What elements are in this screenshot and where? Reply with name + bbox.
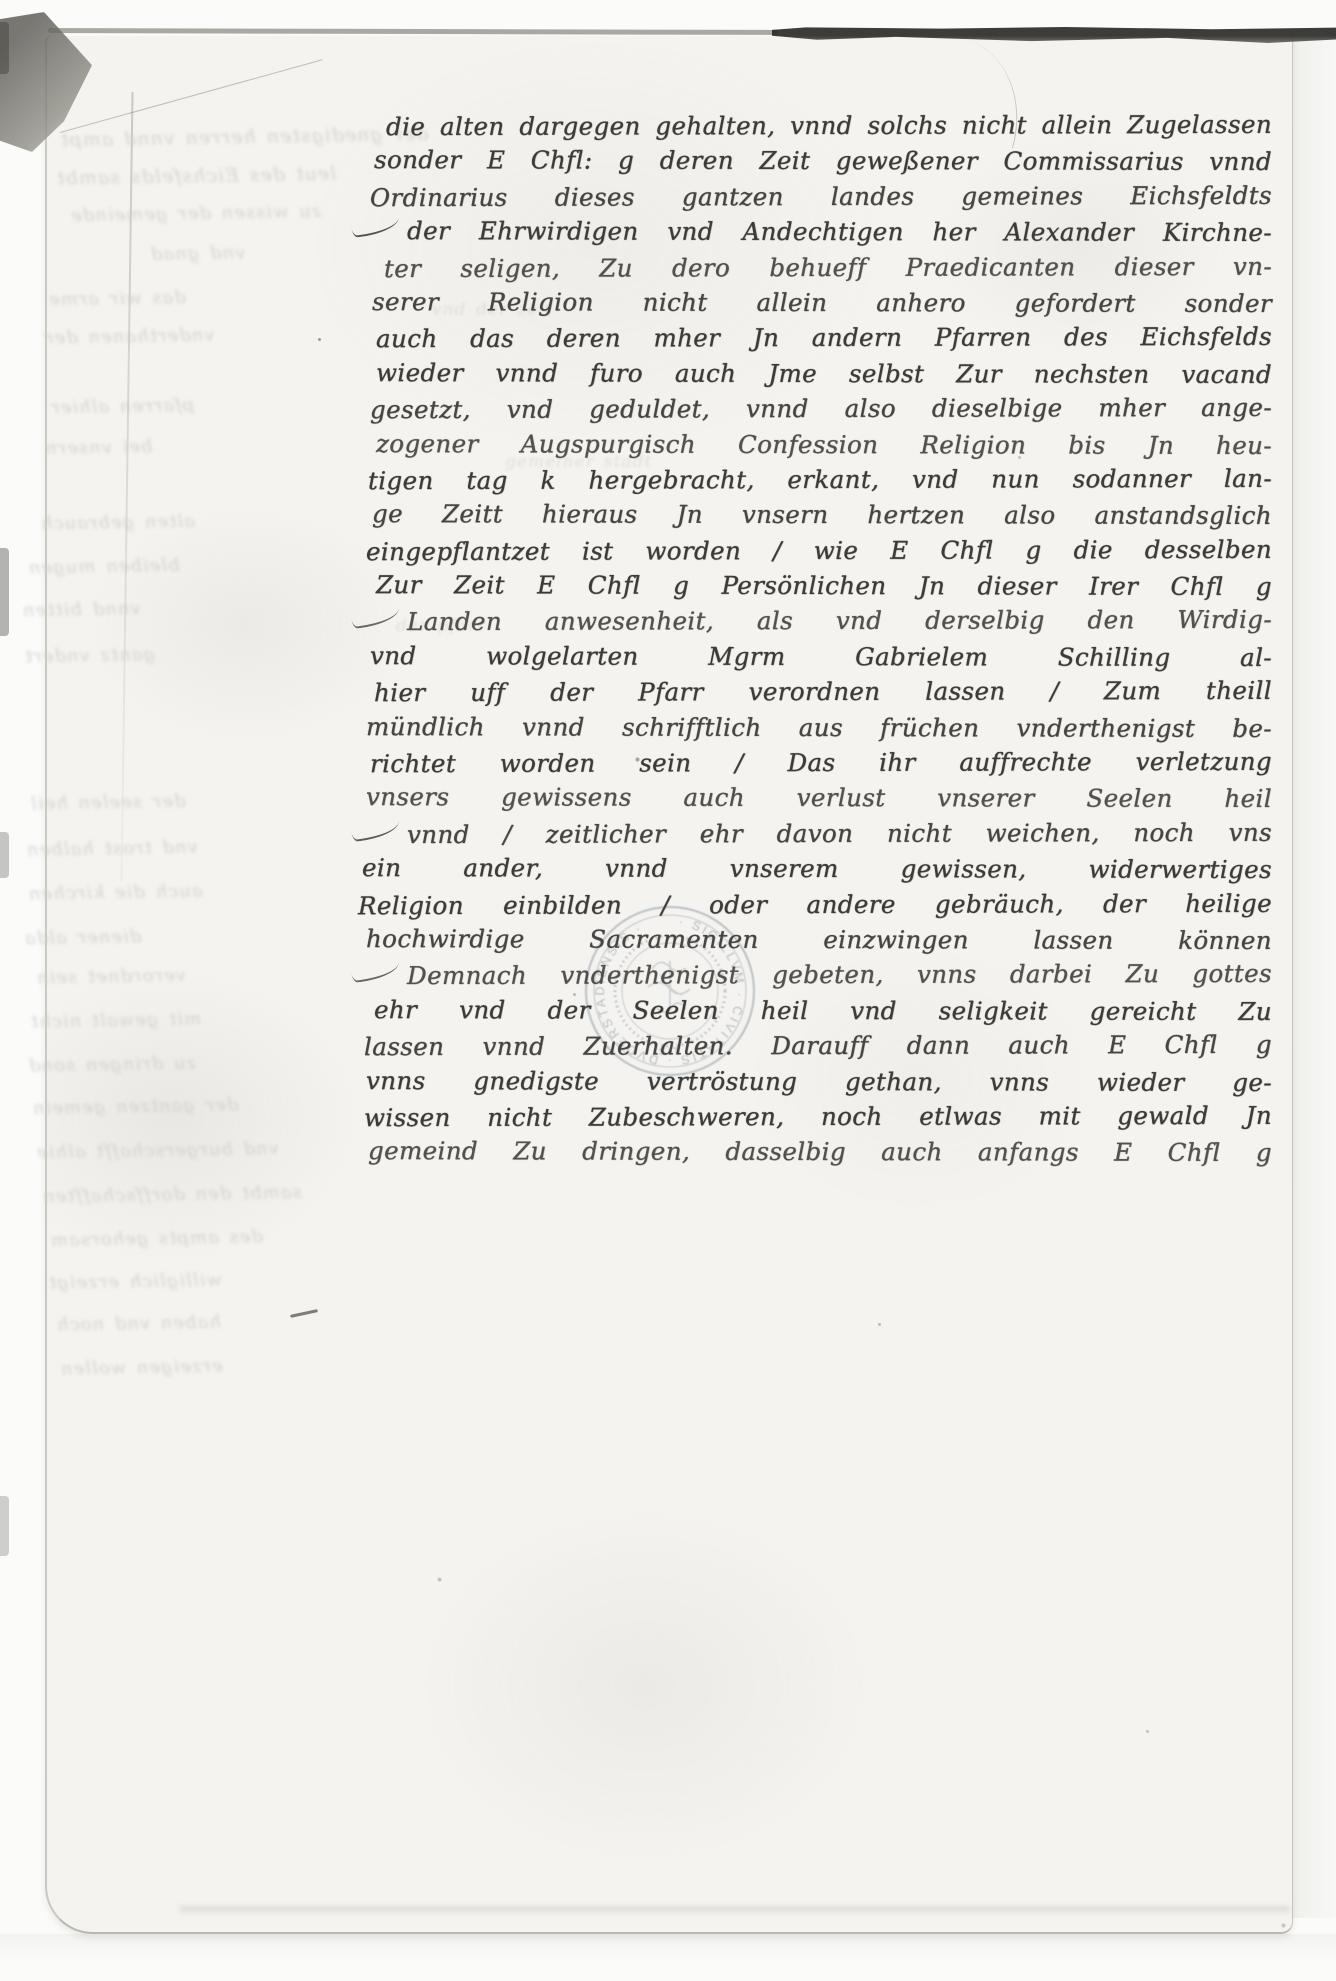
left-edge-mark: [0, 1496, 9, 1556]
handwritten-line-text: Demnach vnderthenigst gebeten, vnns darb…: [407, 959, 1272, 990]
handwritten-line: eingepflantzet ist worden / wie E Chfl g…: [352, 531, 1272, 569]
handwritten-line: Religion einbilden / oder andere gebräuc…: [352, 885, 1272, 923]
handwritten-line: ter seligen, Zu dero behueff Praedicante…: [352, 248, 1272, 286]
left-edge-mark: [0, 832, 9, 878]
handwritten-line-text: gemeind Zu dringen, dasselbig auch anfan…: [368, 1136, 1272, 1167]
handwritten-line: vnns gnedigste vertröstung gethan, vnns …: [352, 1063, 1272, 1100]
page-top-edge-shadow: [48, 28, 778, 35]
handwritten-line: Landen anwesenheit, als vnd derselbig de…: [352, 602, 1272, 640]
showthrough-fragment: auch die kirchen: [28, 880, 203, 904]
handwritten-line-text: serer Religion nicht allein anhero gefor…: [372, 287, 1272, 318]
showthrough-fragment: williglich erzeigt: [48, 1269, 222, 1293]
handwritten-line: vnnd / zeitlicher ehr davon nicht weiche…: [352, 815, 1272, 853]
handwritten-line: serer Religion nicht allein anhero gefor…: [352, 284, 1272, 321]
handwritten-line-text: vnnd / zeitlicher ehr davon nicht weiche…: [407, 818, 1272, 849]
showthrough-fragment: der seelen heil: [30, 791, 186, 815]
handwritten-line: vnsers gewissens auch verlust vnserer Se…: [352, 779, 1272, 816]
pen-flourish-icon: [351, 963, 400, 984]
paper-specks: [318, 338, 321, 341]
handwritten-line-text: gesetzt, vnd geduldet, vnnd also dieselb…: [370, 393, 1272, 424]
manuscript-text-block: die alten dargegen gehalten, vnnd solchs…: [352, 108, 1272, 1170]
handwritten-line-text: der Ehrwirdigen vnd Andechtigen her Alex…: [407, 216, 1272, 247]
handwritten-line: Demnach vnderthenigst gebeten, vnns darb…: [352, 956, 1272, 994]
manuscript-scan: der gnedigsten herren vnnd amptleut des …: [0, 0, 1336, 1981]
left-edge-mark: [0, 22, 9, 74]
showthrough-fragment: diener alda: [24, 926, 142, 949]
handwritten-line-text: tigen tag k hergebracht, erkant, vnd nun…: [368, 464, 1272, 495]
handwritten-line-text: lassen vnnd Zuerhalten. Darauff dann auc…: [364, 1030, 1272, 1061]
bottom-edge-smudge: [180, 1906, 1290, 1916]
showthrough-fragment: das wir arme: [48, 287, 186, 310]
handwritten-line-text: wissen nicht Zubeschweren, noch etlwas m…: [364, 1101, 1272, 1132]
handwritten-line: lassen vnnd Zuerhalten. Darauff dann auc…: [352, 1027, 1272, 1065]
pen-flourish-icon: [351, 609, 400, 630]
pen-flourish-icon: [351, 217, 400, 238]
handwritten-line: Zur Zeit E Chfl g Persönlichen Jn dieser…: [352, 567, 1272, 604]
handwritten-line: ge Zeitt hieraus Jn vnsern hertzen also …: [352, 496, 1272, 533]
handwritten-line-text: auch das deren mher Jn andern Pfarren de…: [376, 322, 1272, 353]
handwritten-line: Ordinarius dieses gantzen landes gemeine…: [352, 178, 1272, 216]
handwritten-line: wieder vnnd furo auch Jme selbst Zur nec…: [352, 355, 1272, 392]
showthrough-fragment: vnd gnad: [150, 242, 246, 265]
undersheet-bottom-edge: [0, 1934, 1336, 1981]
handwritten-line-text: ge Zeitt hieraus Jn vnsern hertzen also …: [372, 499, 1272, 530]
handwritten-line: wissen nicht Zubeschweren, noch etlwas m…: [352, 1098, 1272, 1136]
handwritten-line-text: die alten dargegen gehalten, vnnd solchs…: [386, 110, 1272, 141]
showthrough-fragment: alten gebrauch: [40, 511, 195, 535]
handwritten-line: ehr vnd der Seelen heil vnd seligkeit ge…: [352, 992, 1272, 1029]
showthrough-fragment: haben vnd noch: [56, 1312, 221, 1336]
handwritten-line-text: sonder E Chfl: g deren Zeit geweßener Co…: [374, 145, 1272, 176]
left-edge-mark: [0, 548, 9, 636]
pen-flourish-icon: [351, 821, 400, 842]
showthrough-fragment: zu wissen der gemeinde: [70, 201, 322, 226]
showthrough-fragment: pfarren alhier: [50, 395, 195, 419]
handwritten-line-text: mündlich vnnd schrifftlich aus früchen v…: [366, 712, 1272, 743]
handwritten-line: auch das deren mher Jn andern Pfarren de…: [352, 319, 1272, 357]
handwritten-line-text: wieder vnnd furo auch Jme selbst Zur nec…: [376, 358, 1272, 389]
handwritten-line-text: Ordinarius dieses gantzen landes gemeine…: [370, 181, 1272, 212]
showthrough-fragment: vnd burgerschafft alhie: [36, 1138, 279, 1163]
handwritten-line: tigen tag k hergebracht, erkant, vnd nun…: [352, 461, 1272, 499]
handwritten-line: gemeind Zu dringen, dasselbig auch anfan…: [352, 1133, 1272, 1170]
handwritten-line-text: ter seligen, Zu dero behueff Praedicante…: [384, 251, 1272, 282]
handwritten-line: ein ander, vnnd vnserem gewissen, widerw…: [352, 850, 1272, 887]
handwritten-line-text: ehr vnd der Seelen heil vnd seligkeit ge…: [374, 995, 1272, 1026]
handwritten-line-text: vnns gnedigste vertröstung gethan, vnns …: [366, 1066, 1272, 1097]
handwritten-line-text: vnsers gewissens auch verlust vnserer Se…: [366, 782, 1272, 813]
showthrough-fragment: vnderthanen der: [44, 325, 215, 349]
handwritten-line: vnd wolgelarten Mgrm Gabrielem Schilling…: [352, 638, 1272, 675]
handwritten-line-text: vnd wolgelarten Mgrm Gabrielem Schilling…: [370, 641, 1272, 672]
handwritten-line: gesetzt, vnd geduldet, vnnd also dieselb…: [352, 390, 1272, 428]
showthrough-fragment: verordnet sein: [36, 965, 186, 989]
handwritten-line-text: zogener Augspurgisch Confession Religion…: [376, 429, 1272, 460]
showthrough-fragment: mit gewalt nicht: [30, 1009, 201, 1033]
showthrough-fragment: gantz vndert: [24, 644, 155, 667]
handwritten-line-text: hochwirdige Sacramenten einzwingen lasse…: [366, 924, 1272, 955]
handwritten-line-text: Zur Zeit E Chfl g Persönlichen Jn dieser…: [376, 570, 1272, 601]
showthrough-fragment: bei vnsern: [44, 436, 153, 459]
handwritten-line: hier uff der Pfarr verordnen lassen / Zu…: [352, 673, 1272, 711]
showthrough-fragment: des ampts gehorsam: [50, 1226, 263, 1251]
handwritten-line-text: hier uff der Pfarr verordnen lassen / Zu…: [374, 676, 1272, 707]
handwritten-line-text: Landen anwesenheit, als vnd derselbig de…: [407, 605, 1272, 636]
handwritten-line-text: richtet worden sein / Das ihr auffrechte…: [370, 747, 1272, 778]
handwritten-line: hochwirdige Sacramenten einzwingen lasse…: [352, 921, 1272, 958]
handwritten-line-text: ein ander, vnnd vnserem gewissen, widerw…: [362, 853, 1272, 884]
showthrough-fragment: zu dringen sond: [28, 1053, 196, 1077]
handwritten-line-text: eingepflantzet ist worden / wie E Chfl g…: [366, 534, 1272, 565]
handwritten-line: mündlich vnnd schrifftlich aus früchen v…: [352, 709, 1272, 746]
handwritten-line-text: Religion einbilden / oder andere gebräuc…: [358, 888, 1272, 919]
showthrough-fragment: bleiben mugen: [28, 555, 180, 579]
handwritten-line: der Ehrwirdigen vnd Andechtigen her Alex…: [352, 213, 1272, 250]
handwritten-line: die alten dargegen gehalten, vnnd solchs…: [352, 107, 1272, 145]
showthrough-fragment: erzeigen wollen: [60, 1356, 223, 1380]
handwritten-line: sonder E Chfl: g deren Zeit geweßener Co…: [352, 142, 1272, 179]
showthrough-fragment: der gantzen gemein: [32, 1094, 239, 1119]
handwritten-line: zogener Augspurgisch Confession Religion…: [352, 426, 1272, 463]
showthrough-fragment: vnd trost halben: [26, 837, 198, 861]
handwritten-line: richtet worden sein / Das ihr auffrechte…: [352, 744, 1272, 782]
showthrough-fragment: vnnd bitten: [22, 598, 141, 621]
undersheet-right-edge: [1291, 40, 1336, 1918]
